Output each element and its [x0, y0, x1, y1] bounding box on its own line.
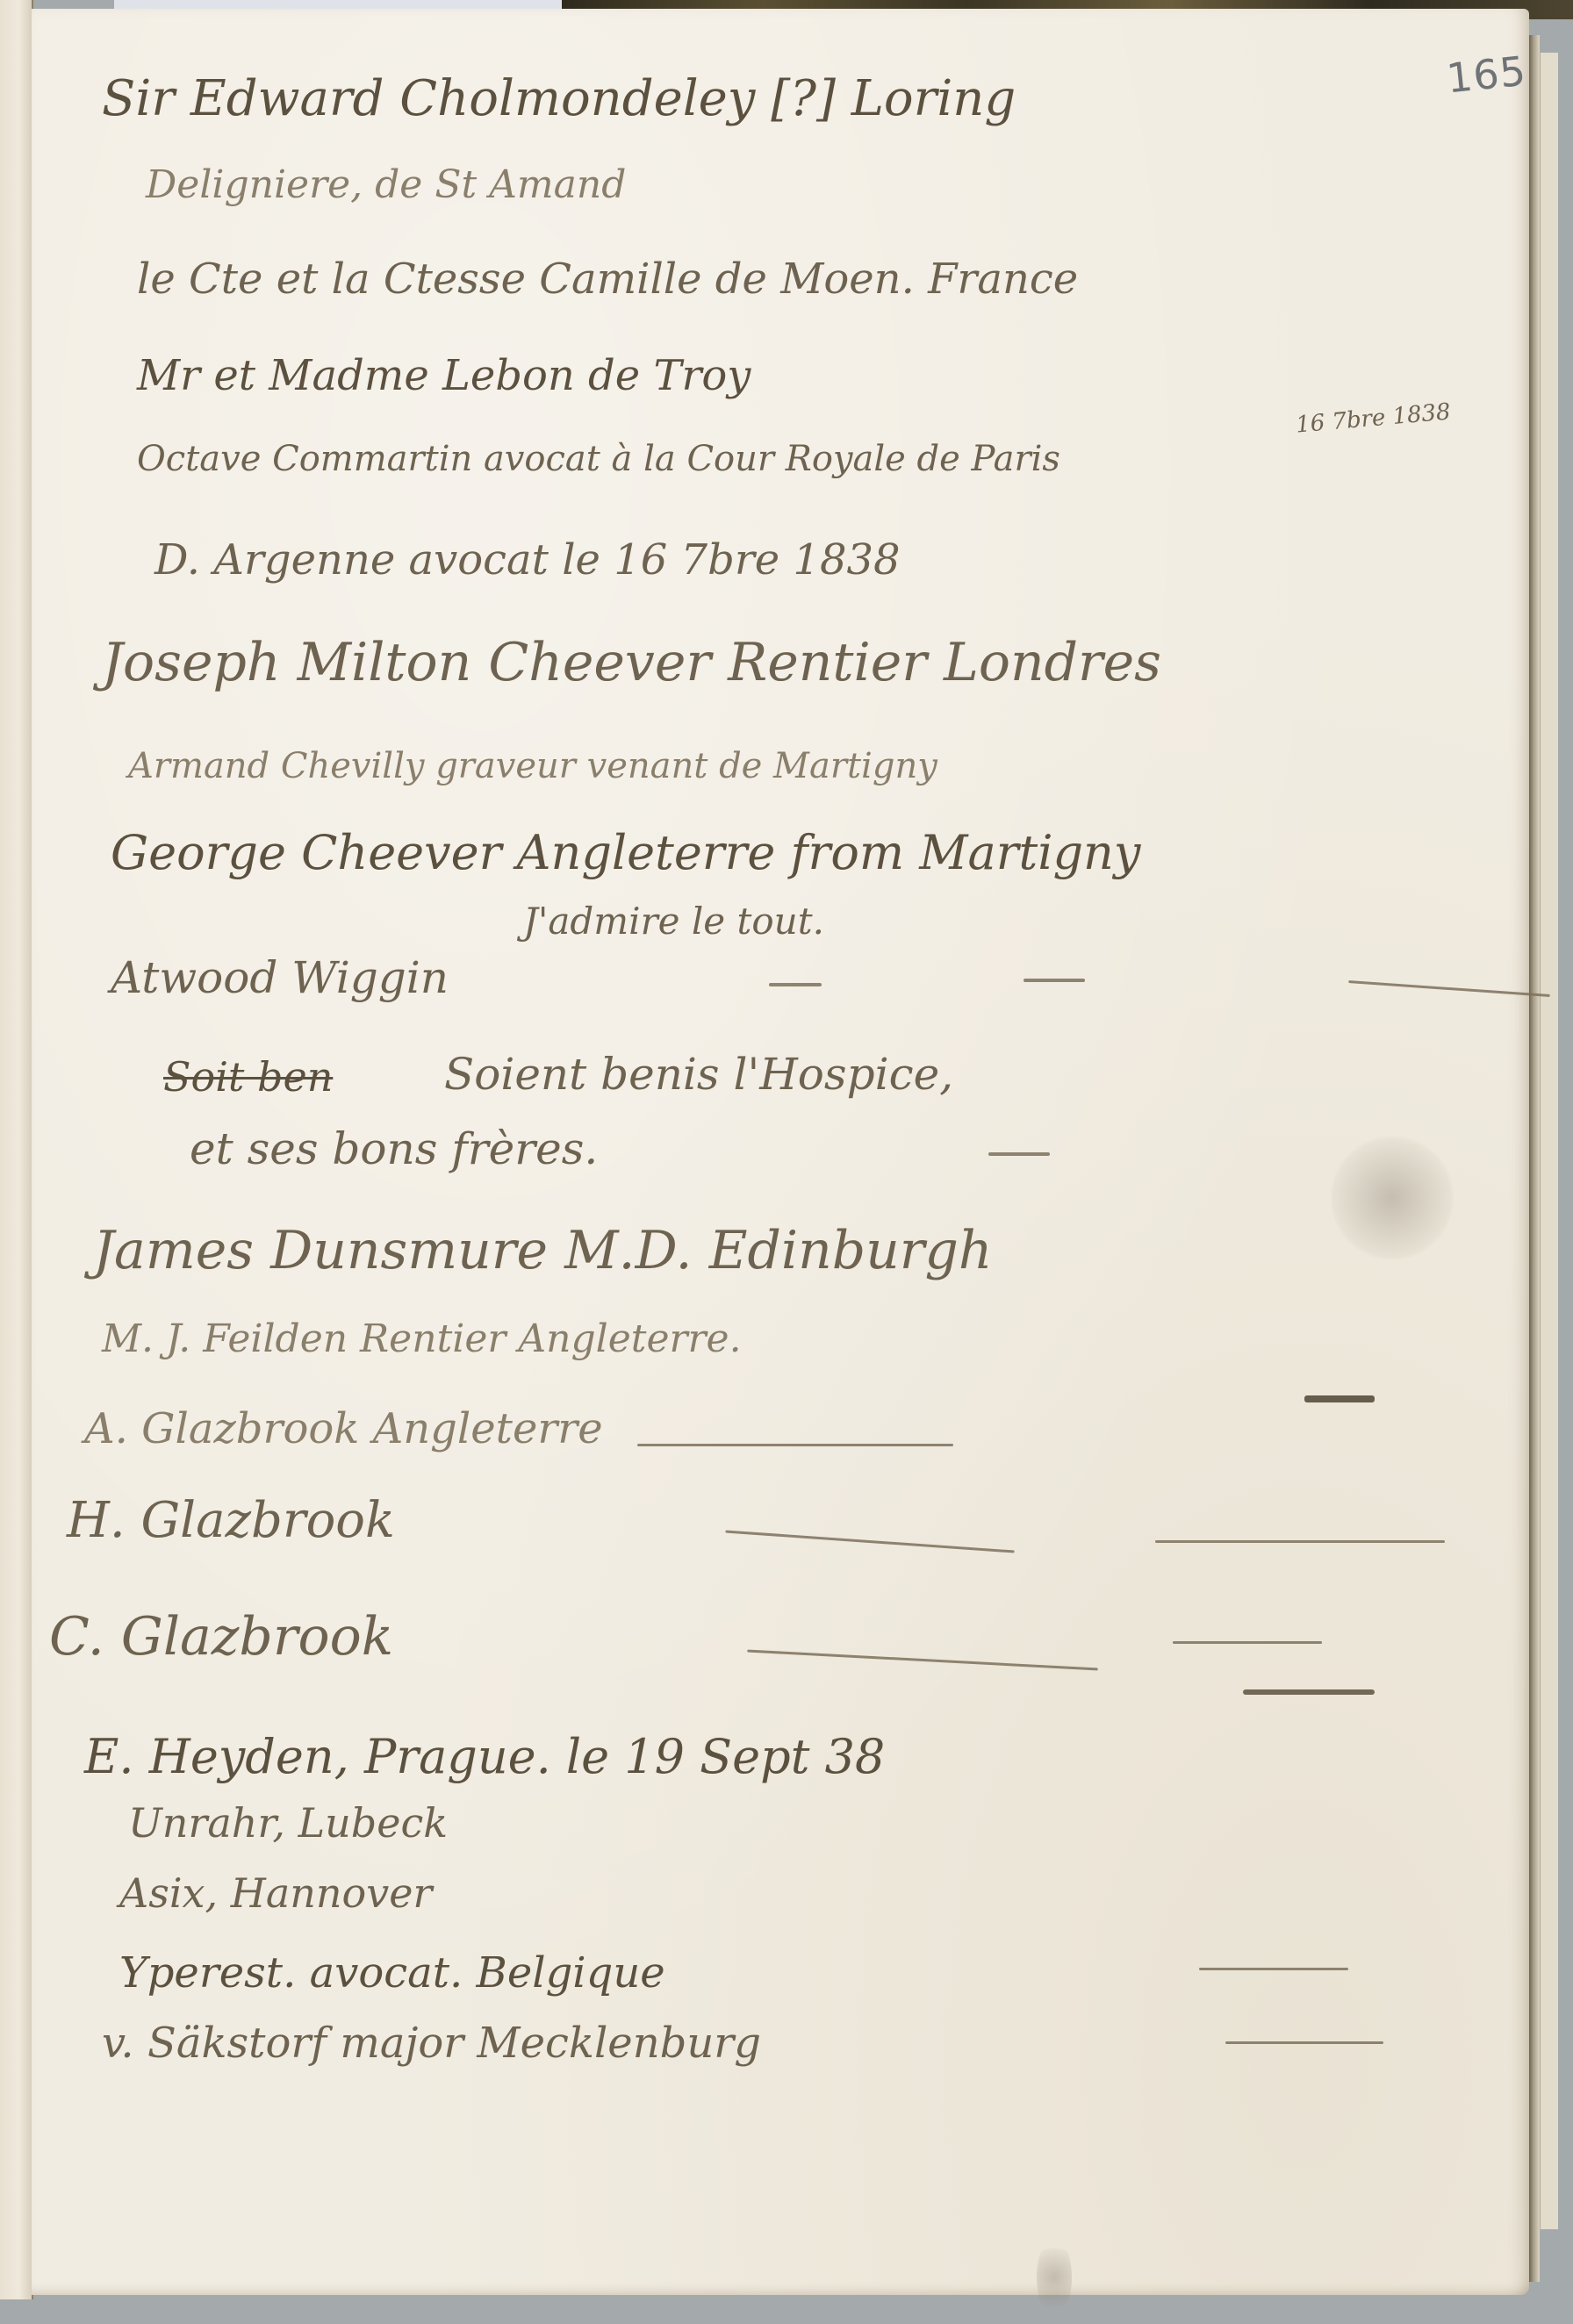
entry-line: Yperest. avocat. Belgique: [119, 1948, 665, 1998]
ditto-dash: [769, 983, 822, 986]
ditto-dash: [1348, 980, 1550, 997]
entry-line: Octave Commartin avocat à la Cour Royale…: [137, 439, 1060, 479]
ditto-dash: [1199, 1968, 1348, 1970]
entry-line: Armand Chevilly graveur venant de Martig…: [128, 746, 937, 786]
entry-line: E. Heyden, Prague. le 19 Sept 38: [84, 1729, 885, 1784]
manuscript-scan: 165 Sir Edward Cholmondeley [?] Loring D…: [0, 0, 1573, 2324]
entry-line: C. Glazbrook: [49, 1606, 393, 1668]
entry-line: J'admire le tout.: [523, 900, 824, 943]
register-page: 165 Sir Edward Cholmondeley [?] Loring D…: [32, 9, 1529, 2295]
entry-line: Mr et Madme Lebon de Troy: [137, 351, 751, 400]
entry-line: et ses bons frères.: [190, 1123, 598, 1174]
ink-blot: [1243, 1689, 1375, 1695]
interlinear-date: 16 7bre 1838: [1295, 398, 1452, 438]
struck-entry: Soit ben: [163, 1053, 333, 1101]
entry-line: Unrahr, Lubeck: [128, 1799, 448, 1847]
entry-line: James Dunsmure M.D. Edinburgh: [93, 1220, 993, 1281]
ditto-dash: [1225, 2041, 1383, 2044]
entry-line: M. J. Feilden Rentier Angleterre.: [102, 1316, 742, 1361]
facing-page-edge: [0, 0, 33, 2299]
water-stain: [1037, 2238, 1072, 2317]
ink-blot: [1304, 1395, 1375, 1402]
entry-line: Sir Edward Cholmondeley [?] Loring: [102, 70, 1016, 127]
entry-line: v. Säkstorf major Mecklenburg: [102, 2019, 761, 2068]
ditto-dash: [1024, 979, 1085, 982]
entry-line: A. Glazbrook Angleterre: [84, 1404, 603, 1453]
entry-line: Deligniere, de St Amand: [146, 162, 626, 207]
ditto-dash: [988, 1152, 1050, 1156]
ditto-dash: [1155, 1540, 1445, 1543]
entry-line: le Cte et la Ctesse Camille de Moen. Fra…: [137, 255, 1078, 304]
entry-line: George Cheever Angleterre from Martigny: [111, 825, 1140, 880]
ditto-dash: [725, 1530, 1014, 1553]
entry-line: Joseph Milton Cheever Rentier Londres: [102, 632, 1161, 693]
entry-line: D. Argenne avocat le 16 7bre 1838: [154, 535, 901, 585]
entry-line: Atwood Wiggin: [111, 952, 449, 1003]
ink-stain: [1331, 1132, 1454, 1264]
ditto-dash: [1173, 1641, 1322, 1644]
entry-line: Soient benis l'Hospice,: [444, 1049, 953, 1100]
page-fore-edge: [1529, 35, 1540, 2282]
ditto-dash: [637, 1444, 953, 1446]
underlying-pages: [1540, 53, 1558, 2229]
page-number: 165: [1444, 47, 1528, 102]
ditto-dash: [747, 1650, 1098, 1671]
entry-line: Asix, Hannover: [119, 1869, 432, 1917]
entry-line: H. Glazbrook: [67, 1492, 395, 1549]
